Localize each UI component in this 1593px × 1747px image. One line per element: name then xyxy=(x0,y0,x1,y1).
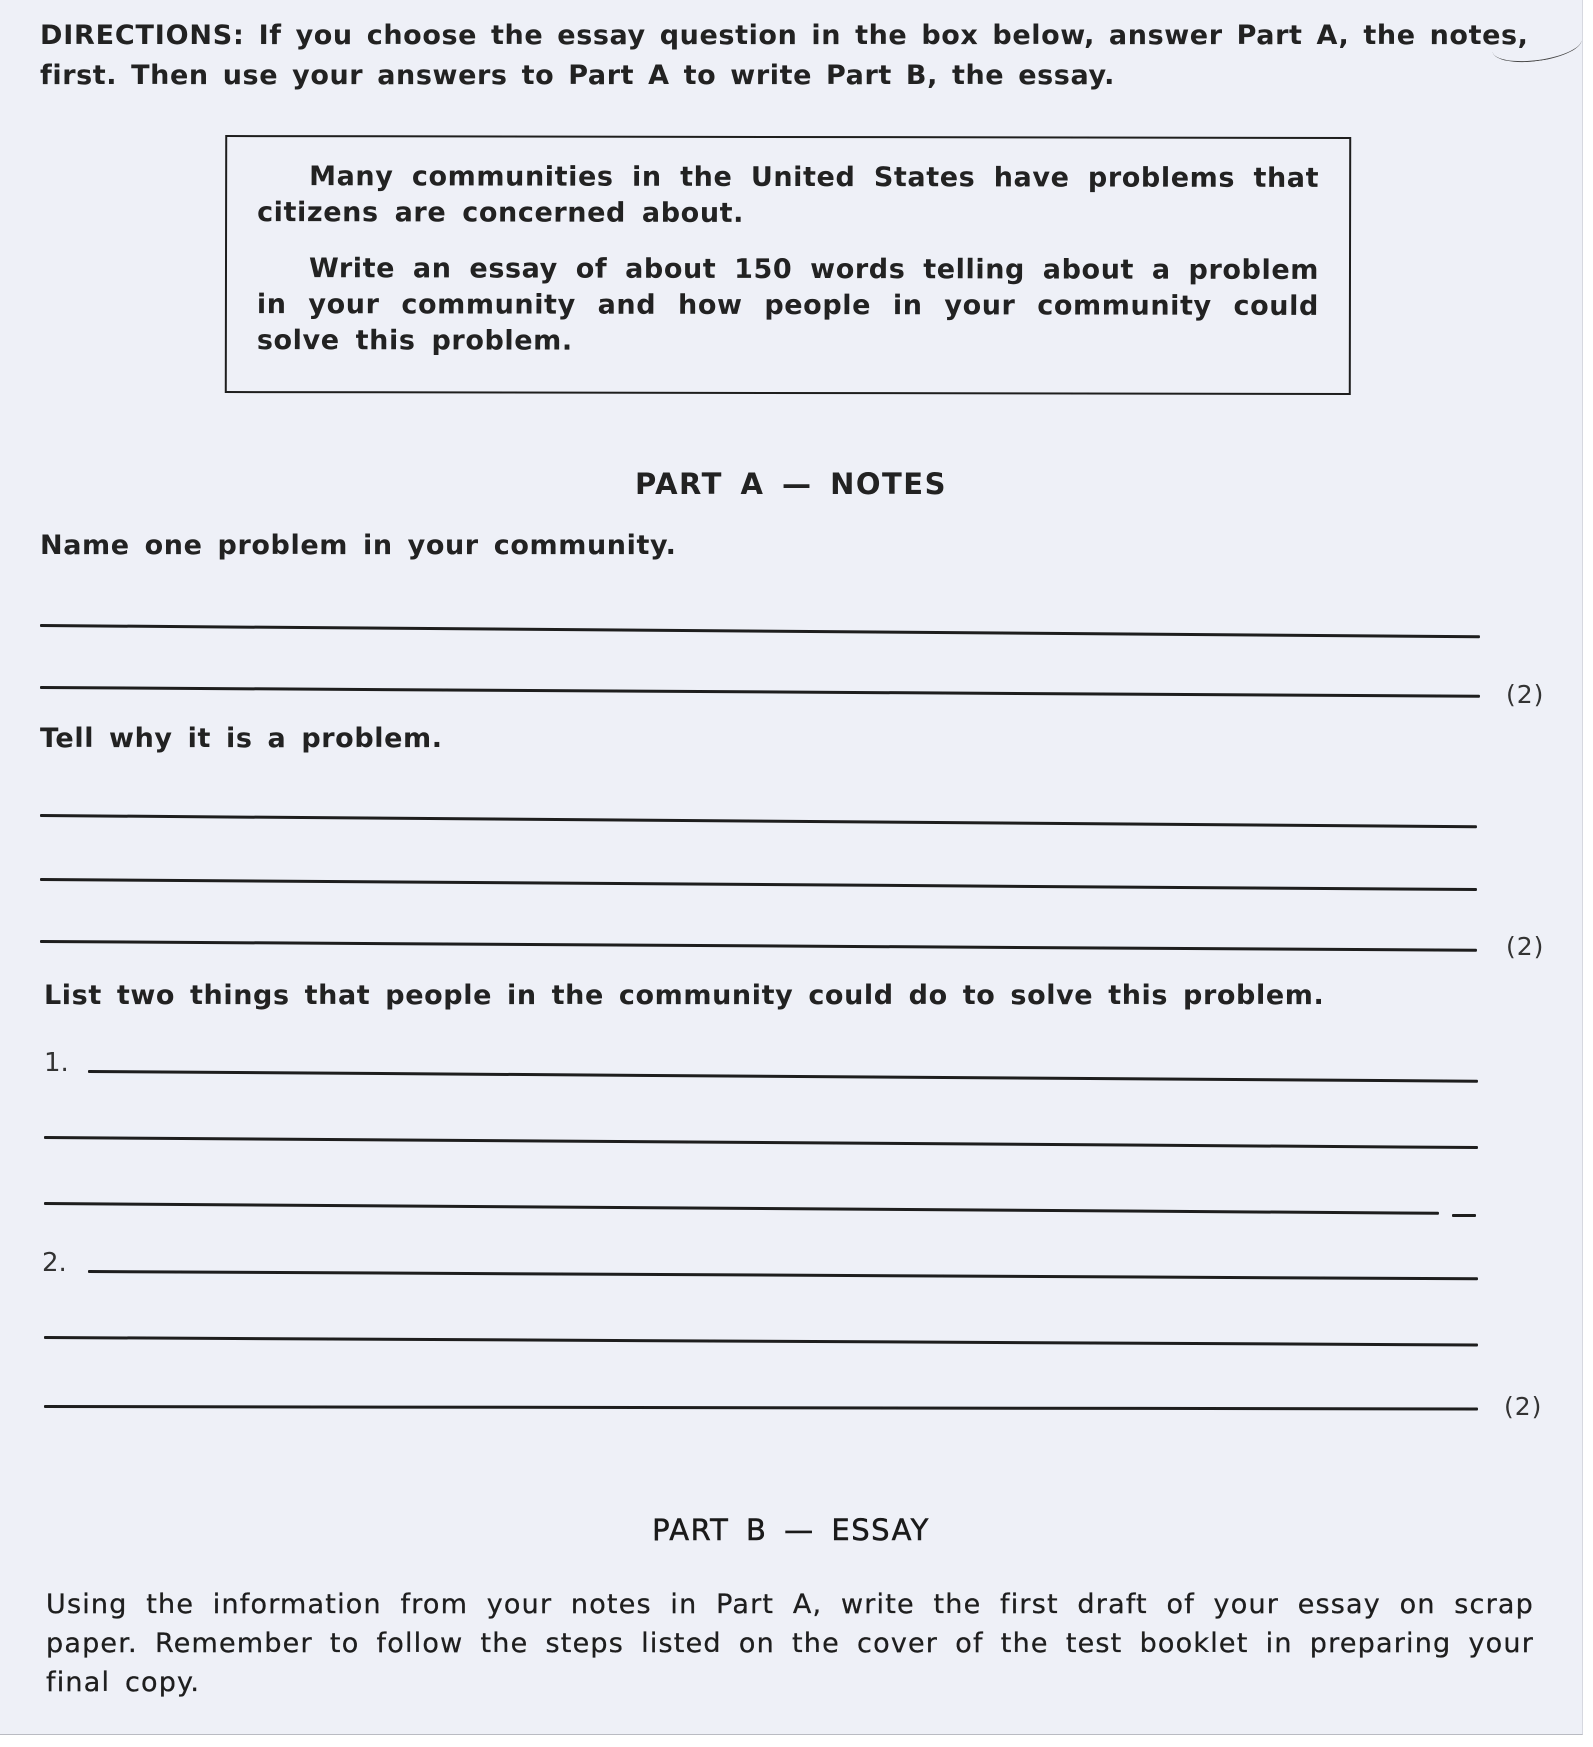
answer-line[interactable] xyxy=(40,686,1480,698)
directions-label: DIRECTIONS: xyxy=(40,20,245,51)
question-name-problem: Name one problem in your community. xyxy=(40,530,677,561)
question-why-problem: Tell why it is a problem. xyxy=(40,723,443,754)
part-a-heading: PART A — NOTES xyxy=(0,467,1582,501)
answer-line[interactable] xyxy=(88,1070,1478,1083)
exam-page: DIRECTIONS: If you choose the essay ques… xyxy=(0,0,1583,1735)
points-label: (2) xyxy=(1506,680,1544,709)
answer-line[interactable] xyxy=(40,940,1477,952)
item-number-1: 1. xyxy=(44,1048,69,1078)
answer-line[interactable] xyxy=(40,878,1477,891)
points-label: (2) xyxy=(1504,1392,1542,1421)
answer-line[interactable] xyxy=(1452,1214,1476,1217)
answer-line[interactable] xyxy=(88,1270,1478,1280)
answer-line[interactable] xyxy=(44,1336,1478,1347)
question-list-solutions: List two things that people in the commu… xyxy=(44,980,1324,1011)
item-number-2: 2. xyxy=(42,1248,67,1278)
points-label: (2) xyxy=(1506,932,1544,961)
essay-instructions: Using the information from your notes in… xyxy=(46,1585,1534,1702)
directions-text: If you choose the essay question in the … xyxy=(40,20,1529,91)
answer-line[interactable] xyxy=(40,624,1480,638)
answer-line[interactable] xyxy=(40,814,1477,828)
part-b-heading: PART B — ESSAY xyxy=(0,1513,1582,1547)
answer-line[interactable] xyxy=(44,1202,1439,1215)
answer-line[interactable] xyxy=(44,1405,1478,1411)
prompt-paragraph-2: Write an essay of about 150 words tellin… xyxy=(257,251,1319,361)
prompt-paragraph-1: Many communities in the United States ha… xyxy=(257,159,1319,233)
directions: DIRECTIONS: If you choose the essay ques… xyxy=(40,16,1540,96)
answer-line[interactable] xyxy=(44,1136,1478,1149)
essay-prompt-box: Many communities in the United States ha… xyxy=(225,135,1351,395)
